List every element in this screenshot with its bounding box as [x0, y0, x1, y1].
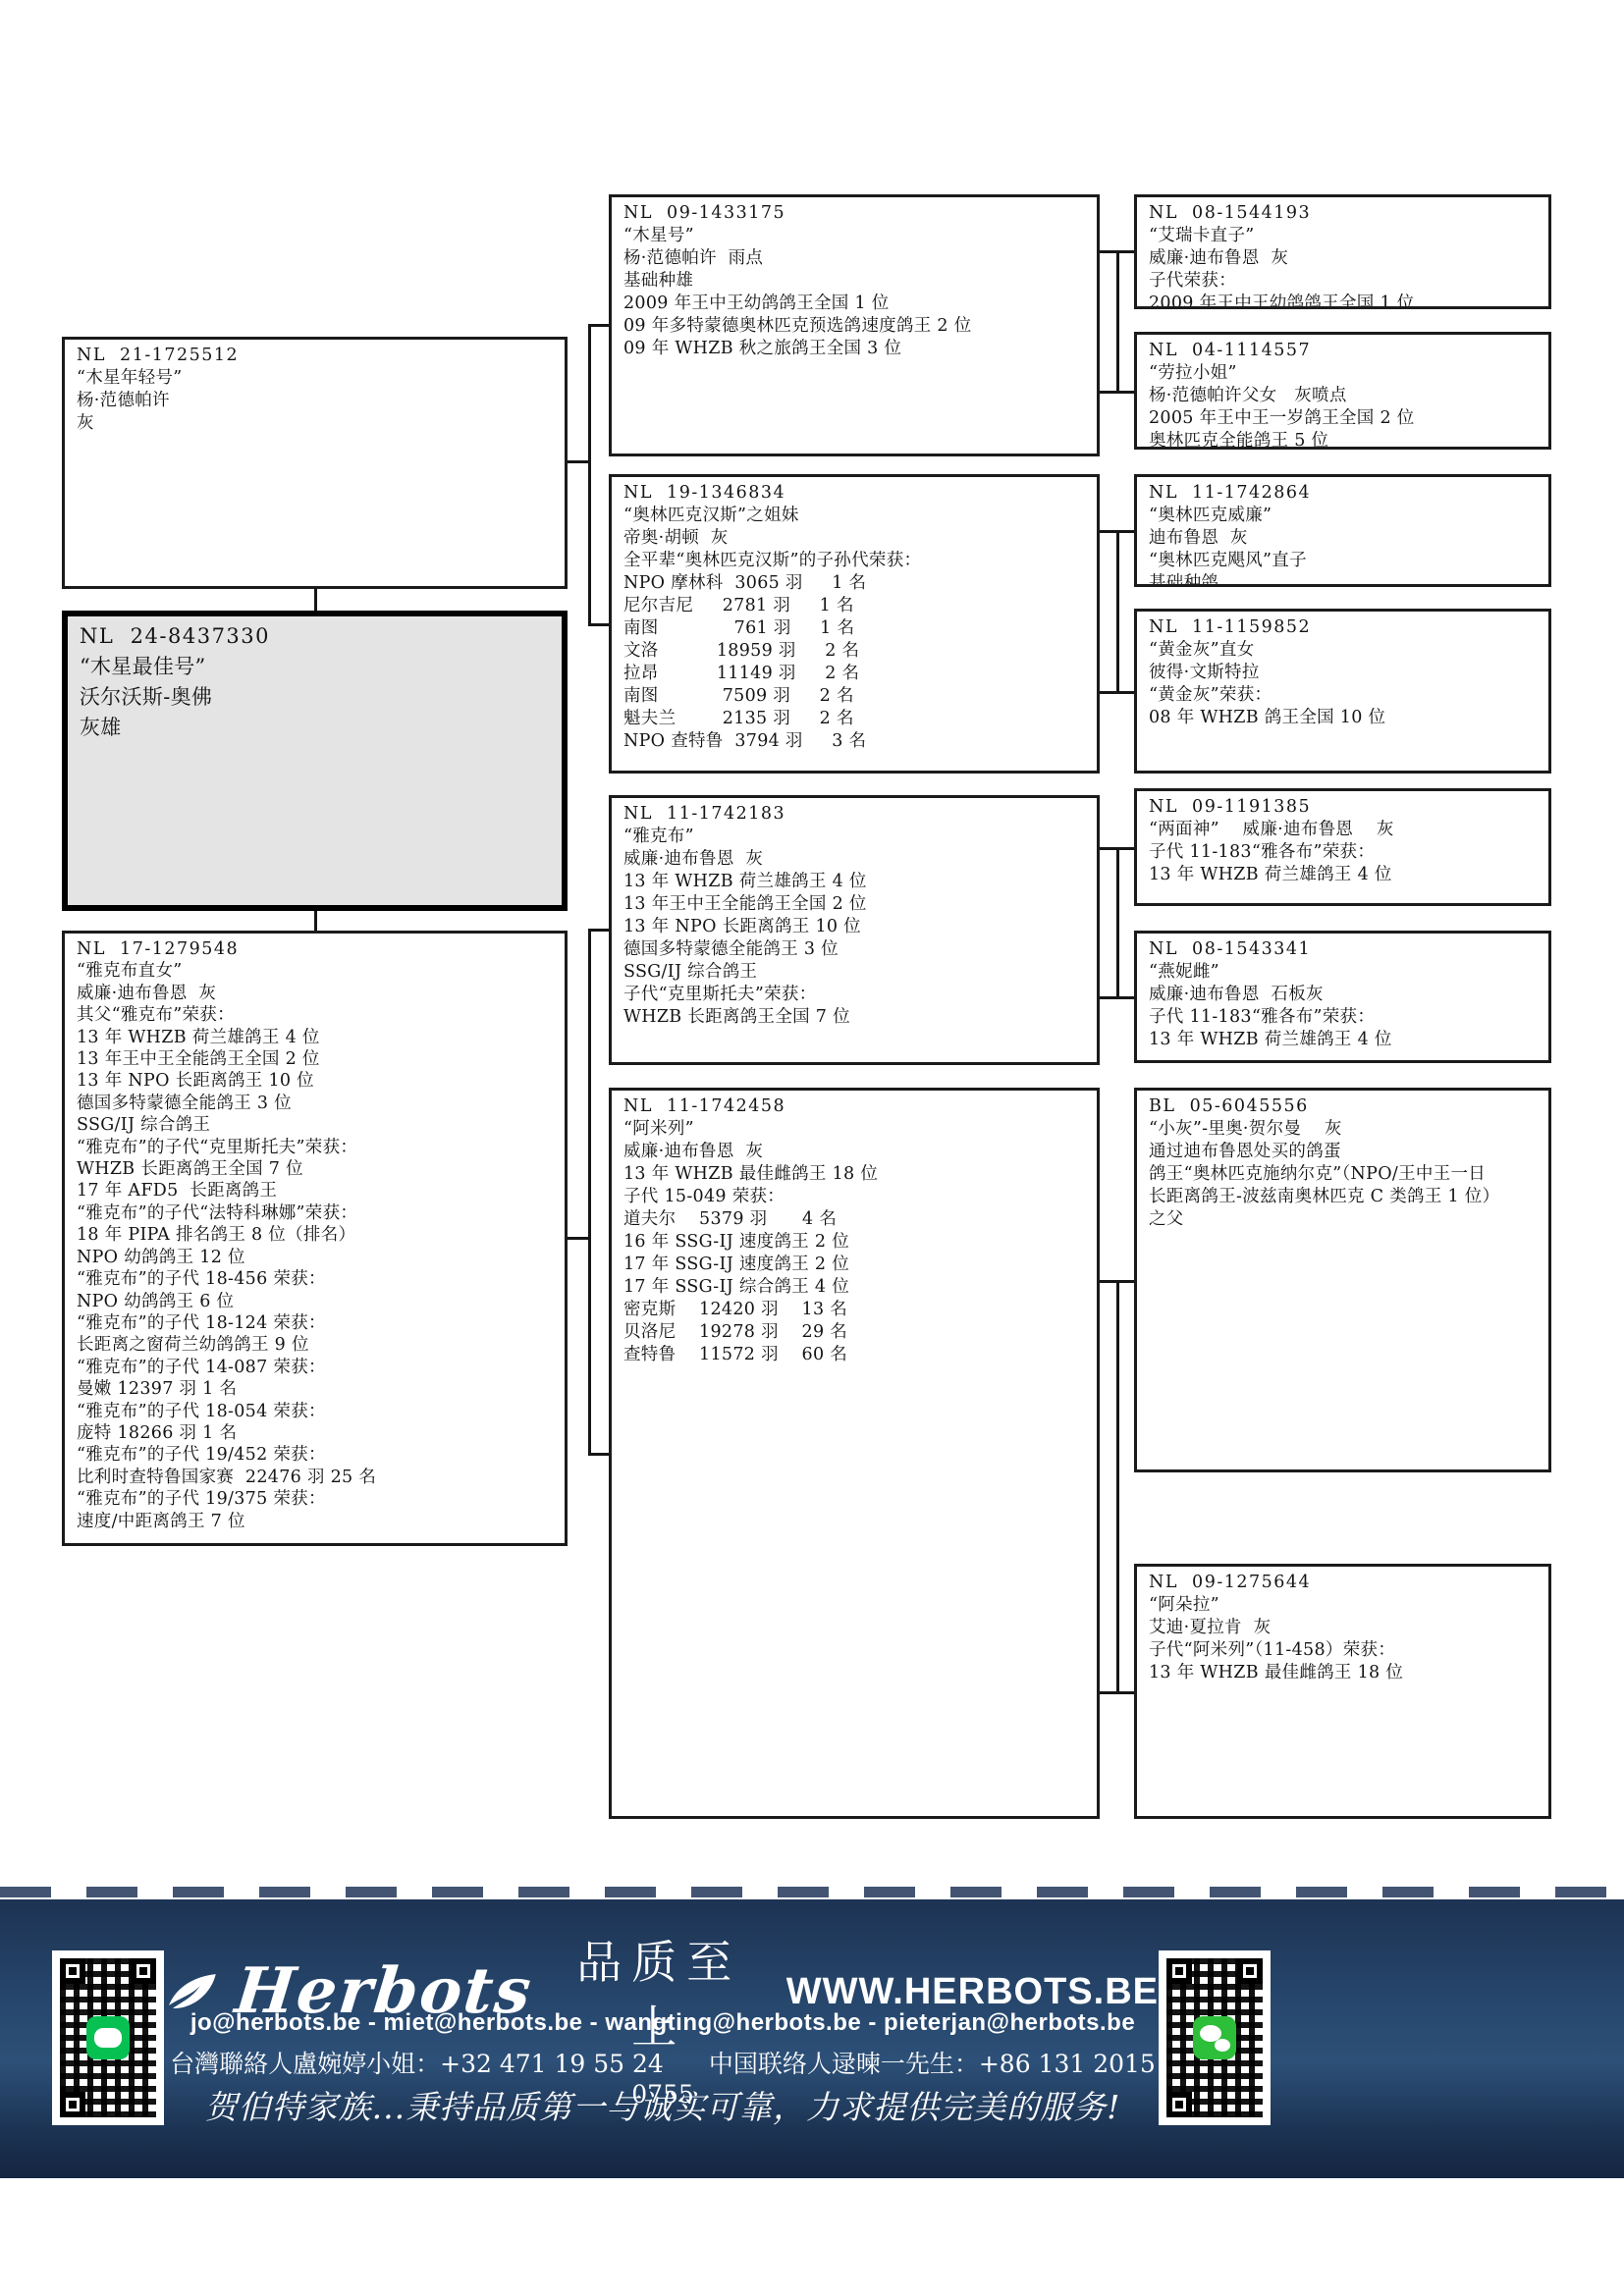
box-line: “雅克布”的子代 18-456 荣获：	[77, 1268, 555, 1290]
box-line: 13 年 WHZB 荷兰雄鸽王 4 位	[1149, 1029, 1539, 1051]
box-line: 密克斯 12420 羽 13 名	[623, 1299, 1087, 1321]
box-line: 13 年 WHZB 荷兰雄鸽王 4 位	[1149, 864, 1539, 886]
box-line: 13 年 NPO 长距离鸽王 10 位	[77, 1070, 555, 1092]
box-line: “阿朵拉”	[1149, 1594, 1539, 1617]
box-line: “奥林匹克飓风”直子	[1149, 550, 1539, 572]
box-line: NL 21-1725512	[77, 345, 555, 367]
box-line: 杨·范德帕许	[77, 390, 555, 412]
box-line: NL 09-1191385	[1149, 796, 1539, 819]
box-line: 子代 15-049 荣获：	[623, 1186, 1087, 1208]
box-line: “雅克布”	[623, 826, 1087, 848]
box-line: 2009 年王中王幼鸽鸽王全国 1 位	[1149, 293, 1539, 309]
box-line: 威廉·迪布鲁恩 灰	[623, 848, 1087, 871]
box-line: NPO 幼鸽鸽王 12 位	[77, 1247, 555, 1268]
box-line: 13 年 NPO 长距离鸽王 10 位	[623, 916, 1087, 938]
qr-finder-icon	[131, 1958, 156, 1984]
box-line: 南图 7509 羽 2 名	[623, 685, 1087, 708]
box-line: 13 年 WHZB 荷兰雄鸽王 4 位	[77, 1027, 555, 1048]
box-line: 道夫尔 5379 羽 4 名	[623, 1208, 1087, 1231]
pedigree-box-ggparent-7: BL 05-6045556“小灰”-里奥·贺尔曼 灰通过迪布鲁恩处买的鸽蛋鸽王“…	[1134, 1088, 1551, 1472]
box-line: 魁夫兰 2135 羽 2 名	[623, 708, 1087, 730]
contact-taiwan: 台灣聯絡人盧婉婷小姐：+32 471 19 55 24	[170, 2050, 664, 2078]
box-line: NL 09-1433175	[623, 202, 1087, 225]
box-line: 13 年 WHZB 荷兰雄鸽王 4 位	[623, 871, 1087, 893]
box-line: 奥林匹克全能鸽王 5 位	[1149, 430, 1539, 450]
email-addresses: jo@herbots.be - miet@herbots.be - wangti…	[167, 2009, 1159, 2037]
box-line: 17 年 AFD5 长距离鸽王	[77, 1180, 555, 1201]
box-line: “木星号”	[623, 225, 1087, 247]
box-line: 南图 761 羽 1 名	[623, 617, 1087, 640]
pedigree-box-ggparent-1: NL 08-1544193“艾瑞卡直子”威廉·迪布鲁恩 灰子代荣获：2009 年…	[1134, 194, 1551, 309]
box-line: 13 年王中王全能鸽王全国 2 位	[77, 1048, 555, 1070]
box-line: “雅克布”的子代 14-087 荣获：	[77, 1357, 555, 1378]
box-line: “阿米列”	[623, 1118, 1087, 1141]
box-line: 庞特 18266 羽 1 名	[77, 1422, 555, 1444]
box-line: 德国多特蒙德全能鸽王 3 位	[623, 938, 1087, 961]
box-line: 威廉·迪布鲁恩 石板灰	[1149, 984, 1539, 1006]
box-line: “黄金灰”荣获：	[1149, 684, 1539, 707]
wechat-icon	[1193, 2016, 1236, 2059]
box-line: “雅克布”的子代“克里斯托夫”荣获：	[77, 1137, 555, 1158]
connector-to-r4	[1100, 691, 1134, 694]
qr-finder-icon	[1166, 1958, 1192, 1984]
box-line: 比利时查特鲁国家赛 22476 羽 25 名	[77, 1467, 555, 1488]
box-line: NL 11-1742183	[623, 803, 1087, 826]
box-line: 子代“阿米列”（11-458）荣获：	[1149, 1639, 1539, 1662]
brand-slogan-cn: 品质至上	[550, 1927, 769, 2056]
connector-m1-trunk	[1116, 250, 1119, 394]
box-line: 2009 年王中王幼鸽鸽王全国 1 位	[623, 293, 1087, 315]
box-line: 尼尔吉尼 2781 羽 1 名	[623, 595, 1087, 617]
box-line: 基础种鸽	[1149, 572, 1539, 587]
box-line: NPO 幼鸽鸽王 6 位	[77, 1291, 555, 1312]
box-line: “小灰”-里奥·贺尔曼 灰	[1149, 1118, 1539, 1141]
pedigree-box-subject: NL 24-8437330“木星最佳号”沃尔沃斯-奥佛灰雄	[62, 611, 568, 911]
connector-to-r7	[1100, 1280, 1134, 1283]
box-line: “雅克布”的子代 18-054 荣获：	[77, 1401, 555, 1422]
connector-to-m3	[588, 929, 609, 932]
pedigree-box-ggparent-4: NL 11-1159852“黄金灰”直女彼得·文斯特拉“黄金灰”荣获：08 年 …	[1134, 609, 1551, 774]
connector-to-r1	[1100, 250, 1134, 253]
qr-finder-icon	[60, 1958, 85, 1984]
box-line: 17 年 SSG-IJ 综合鸽王 4 位	[623, 1276, 1087, 1299]
box-line: 杨·范德帕许父女 灰喷点	[1149, 385, 1539, 407]
box-line: “木星年轻号”	[77, 367, 555, 390]
pedigree-box-ggparent-3: NL 11-1742864“奥林匹克威廉”迪布鲁恩 灰“奥林匹克飓风”直子基础种…	[1134, 474, 1551, 587]
connector-m2-trunk	[1116, 530, 1119, 694]
box-line: 之父	[1149, 1208, 1539, 1231]
connector-to-r3	[1100, 530, 1134, 533]
box-line: 其父“雅克布”荣获：	[77, 1004, 555, 1026]
pedigree-box-grandsire-1: NL 09-1433175“木星号”杨·范德帕许 雨点基础种雄2009 年王中王…	[609, 194, 1100, 456]
connector-mother-trunk	[588, 929, 591, 1456]
connector-m3-trunk	[1116, 847, 1119, 999]
box-line: “艾瑞卡直子”	[1149, 225, 1539, 247]
box-line: 鸽王“奥林匹克施纳尔克”（NPO/王中王一日	[1149, 1163, 1539, 1186]
box-line: 2005 年王中王一岁鸽王全国 2 位	[1149, 407, 1539, 430]
box-line: 子代 11-183“雅各布”荣获：	[1149, 1006, 1539, 1029]
box-line: 18 年 PIPA 排名鸽王 8 位（排名）	[77, 1224, 555, 1246]
box-line: 全平辈“奥林匹克汉斯”的子孙代荣获：	[623, 550, 1087, 572]
box-line: 子代 11-183“雅各布”荣获：	[1149, 841, 1539, 864]
website-url: WWW.HERBOTS.BE	[786, 1971, 1159, 2013]
box-line: “燕妮雌”	[1149, 961, 1539, 984]
footer-content: Herbots 品质至上 WWW.HERBOTS.BE jo@herbots.b…	[167, 1899, 1159, 2178]
box-line: 德国多特蒙德全能鸽王 3 位	[77, 1093, 555, 1114]
pedigree-box-grandsire-2: NL 11-1742183“雅克布”威廉·迪布鲁恩 灰13 年 WHZB 荷兰雄…	[609, 795, 1100, 1065]
box-line: NPO 查特鲁 3794 羽 3 名	[623, 730, 1087, 753]
box-line: NL 19-1346834	[623, 482, 1087, 505]
box-line: 灰雄	[80, 713, 552, 743]
box-line: 09 年 WHZB 秋之旅鸽王全国 3 位	[623, 338, 1087, 360]
box-line: “雅克布”的子代 19/452 荣获：	[77, 1444, 555, 1466]
pedigree-box-granddam-1: NL 19-1346834“奥林匹克汉斯”之姐妹帝奥·胡顿 灰全平辈“奥林匹克汉…	[609, 474, 1100, 774]
connector-to-m4	[588, 1453, 609, 1456]
box-line: 13 年 WHZB 最佳雌鸽王 18 位	[623, 1163, 1087, 1186]
qr-finder-icon	[60, 2092, 85, 2117]
line-icon	[86, 2016, 130, 2059]
box-line: 长距离鸽王-波兹南奥林匹克 C 类鸽王 1 位）	[1149, 1186, 1539, 1208]
connector-to-m2	[588, 623, 609, 626]
box-line: 艾迪·夏拉肯 灰	[1149, 1617, 1539, 1639]
family-slogan: 贺伯特家族...秉持品质第一与诚实可靠，力求提供完美的服务!	[108, 2082, 1218, 2128]
box-line: 子代荣获：	[1149, 270, 1539, 293]
box-line: NL 08-1544193	[1149, 202, 1539, 225]
box-line: “黄金灰”直女	[1149, 639, 1539, 662]
connector-subject-mother	[314, 911, 317, 931]
box-line: 威廉·迪布鲁恩 灰	[1149, 247, 1539, 270]
connector-to-r6	[1100, 996, 1134, 999]
box-line: 文洛 18959 羽 2 名	[623, 640, 1087, 663]
box-line: “奥林匹克汉斯”之姐妹	[623, 505, 1087, 527]
box-line: 威廉·迪布鲁恩 灰	[623, 1141, 1087, 1163]
pedigree-box-ggparent-2: NL 04-1114557“劳拉小姐”杨·范德帕许父女 灰喷点2005 年王中王…	[1134, 332, 1551, 450]
box-line: 基础种雄	[623, 270, 1087, 293]
pedigree-page: NL 21-1725512“木星年轻号”杨·范德帕许灰 NL 24-843733…	[0, 0, 1624, 2296]
box-line: NL 11-1742458	[623, 1095, 1087, 1118]
connector-father-trunk	[588, 324, 591, 626]
box-line: “劳拉小姐”	[1149, 362, 1539, 385]
pedigree-box-granddam-2: NL 11-1742458“阿米列”威廉·迪布鲁恩 灰13 年 WHZB 最佳雌…	[609, 1088, 1100, 1819]
box-line: NL 04-1114557	[1149, 340, 1539, 362]
box-line: 通过迪布鲁恩处买的鸽蛋	[1149, 1141, 1539, 1163]
qr-finder-icon	[1237, 1958, 1263, 1984]
box-line: “奥林匹克威廉”	[1149, 505, 1539, 527]
connector-to-m1	[588, 324, 609, 327]
box-line: 13 年 WHZB 最佳雌鸽王 18 位	[1149, 1662, 1539, 1684]
box-line: 帝奥·胡顿 灰	[623, 527, 1087, 550]
box-line: WHZB 长距离鸽王全国 7 位	[77, 1158, 555, 1180]
pedigree-box-father: NL 21-1725512“木星年轻号”杨·范德帕许灰	[62, 337, 568, 589]
pedigree-box-ggparent-8: NL 09-1275644“阿朵拉”艾迪·夏拉肯 灰子代“阿米列”（11-458…	[1134, 1564, 1551, 1819]
box-line: 查特鲁 11572 羽 60 名	[623, 1344, 1087, 1366]
box-line: “木星最佳号”	[80, 652, 552, 682]
box-line: SSG/IJ 综合鸽王	[623, 961, 1087, 984]
box-line: 沃尔沃斯-奥佛	[80, 682, 552, 713]
box-line: NL 24-8437330	[80, 621, 552, 652]
box-line: 16 年 SSG-IJ 速度鸽王 2 位	[623, 1231, 1087, 1254]
box-line: NL 08-1543341	[1149, 938, 1539, 961]
connector-father-subject	[314, 589, 317, 611]
connector-to-r8	[1100, 1691, 1134, 1694]
box-line: 迪布鲁恩 灰	[1149, 527, 1539, 550]
box-line: 08 年 WHZB 鸽王全国 10 位	[1149, 707, 1539, 729]
box-line: NL 11-1159852	[1149, 616, 1539, 639]
connector-father-stub	[568, 460, 588, 463]
connector-m4-trunk	[1116, 1280, 1119, 1694]
box-line: 13 年王中王全能鸽王全国 2 位	[623, 893, 1087, 916]
box-line: 曼嫩 12397 羽 1 名	[77, 1378, 555, 1400]
footer-banner: Herbots 品质至上 WWW.HERBOTS.BE jo@herbots.b…	[0, 1899, 1624, 2178]
box-line: 贝洛尼 19278 羽 29 名	[623, 1321, 1087, 1344]
box-line: 速度/中距离鸽王 7 位	[77, 1511, 555, 1532]
box-line: 灰	[77, 412, 555, 435]
brand-row: Herbots 品质至上 WWW.HERBOTS.BE	[167, 1927, 1159, 2056]
pedigree-box-ggparent-5: NL 09-1191385“两面神” 威廉·迪布鲁恩 灰子代 11-183“雅各…	[1134, 788, 1551, 906]
box-line: WHZB 长距离鸽王全国 7 位	[623, 1006, 1087, 1029]
box-line: “雅克布直女”	[77, 960, 555, 982]
box-line: “两面神” 威廉·迪布鲁恩 灰	[1149, 819, 1539, 841]
connector-mother-stub	[568, 1237, 588, 1240]
connector-to-r2	[1100, 391, 1134, 394]
box-line: SSG/IJ 综合鸽王	[77, 1114, 555, 1136]
box-line: “雅克布”的子代 18-124 荣获：	[77, 1312, 555, 1334]
box-line: 子代“克里斯托夫”荣获：	[623, 984, 1087, 1006]
feather-icon	[167, 1972, 218, 2011]
pedigree-box-mother: NL 17-1279548“雅克布直女”威廉·迪布鲁恩 灰其父“雅克布”荣获：1…	[62, 931, 568, 1546]
box-line: 长距离之窗荷兰幼鸽鸽王 9 位	[77, 1334, 555, 1356]
box-line: “雅克布”的子代“法特科琳娜”荣获：	[77, 1202, 555, 1224]
box-line: 拉昂 11149 羽 2 名	[623, 663, 1087, 685]
connector-to-r5	[1100, 847, 1134, 850]
box-line: NPO 摩林科 3065 羽 1 名	[623, 572, 1087, 595]
box-line: NL 17-1279548	[77, 938, 555, 960]
box-line: “雅克布”的子代 19/375 荣获：	[77, 1488, 555, 1510]
box-line: NL 11-1742864	[1149, 482, 1539, 505]
box-line: 威廉·迪布鲁恩 灰	[77, 983, 555, 1004]
footer-dash-edge	[0, 1887, 1624, 1897]
box-line: 彼得·文斯特拉	[1149, 662, 1539, 684]
box-line: BL 05-6045556	[1149, 1095, 1539, 1118]
box-line: NL 09-1275644	[1149, 1572, 1539, 1594]
box-line: 17 年 SSG-IJ 速度鸽王 2 位	[623, 1254, 1087, 1276]
box-line: 09 年多特蒙德奥林匹克预选鸽速度鸽王 2 位	[623, 315, 1087, 338]
box-line: 杨·范德帕许 雨点	[623, 247, 1087, 270]
pedigree-box-ggparent-6: NL 08-1543341“燕妮雌”威廉·迪布鲁恩 石板灰子代 11-183“雅…	[1134, 931, 1551, 1063]
